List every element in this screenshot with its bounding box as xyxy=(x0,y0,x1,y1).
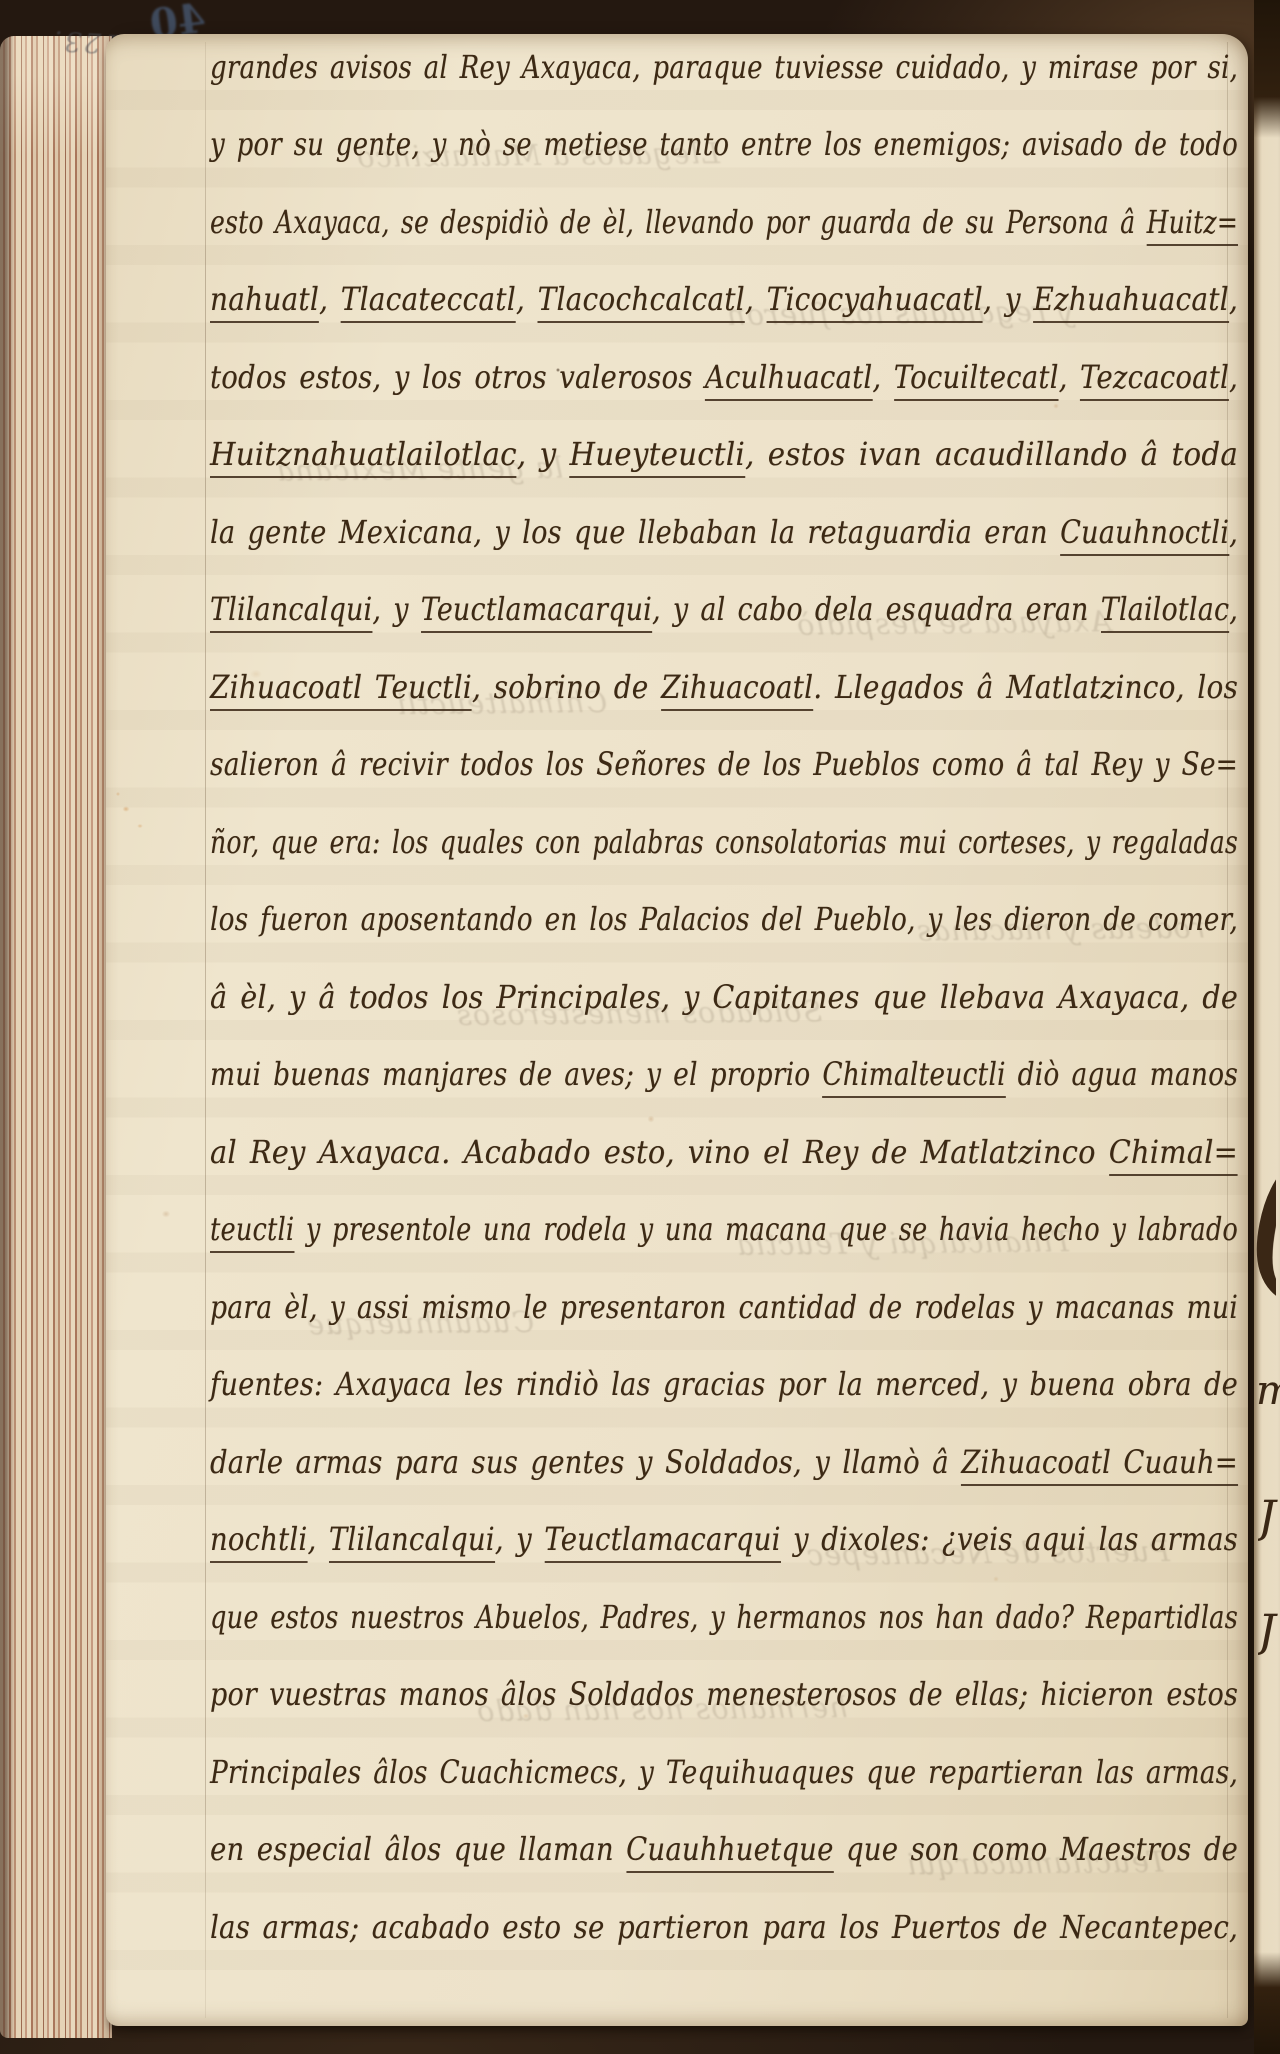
underlined-name: Tlilancalqui xyxy=(329,1520,495,1563)
manuscript-line: esto Axayaca, se despidiò de èl, llevand… xyxy=(210,183,1238,261)
manuscript-line: ñor, que era: los quales con palabras co… xyxy=(210,803,1238,881)
text-segment: en especial âlos que llaman xyxy=(210,1830,626,1868)
text-segment: al Rey Axayaca. Acabado esto, vino el Re… xyxy=(210,1133,1109,1171)
text-segment: y dixoles: ¿veis aqui las armas xyxy=(781,1520,1238,1558)
underlined-name: Ezhuahuacatl xyxy=(1033,280,1229,323)
text-segment: que estos nuestros Abuelos, Padres, y he… xyxy=(210,1598,1238,1636)
text-segment: las armas; acabado esto se partieron par… xyxy=(210,1908,1238,1946)
manuscript-line-text: al Rey Axayaca. Acabado esto, vino el Re… xyxy=(210,1133,1238,1171)
manuscript-line-text: todos estos, y los otros valerosos Aculh… xyxy=(210,358,1238,396)
underlined-name: Chimal= xyxy=(1109,1133,1238,1176)
text-segment: ñor, que era: los quales con palabras co… xyxy=(210,823,1238,861)
text-segment: diò agua manos xyxy=(1006,1055,1238,1093)
manuscript-line: Huitznahuatlailotlac, y Hueyteuctli, est… xyxy=(210,416,1238,494)
manuscript-line-text: salieron â recivir todos los Señores de … xyxy=(210,745,1238,783)
manuscript-page: Llegados â Matlatzincoy regaladas los fu… xyxy=(106,34,1248,2026)
manuscript-line-text: â èl, y â todos los Principales, y Capit… xyxy=(210,978,1238,1016)
manuscript-line: mui buenas manjares de aves; y el propri… xyxy=(210,1036,1238,1114)
text-segment: , xyxy=(1059,358,1080,396)
text-segment: , y xyxy=(517,435,570,473)
text-segment: para èl, y assi mismo le presentaron can… xyxy=(210,1288,1238,1326)
manuscript-line: en especial âlos que llaman Cuauhhuetque… xyxy=(210,1811,1238,1889)
underlined-name: Teuctlamacarqui xyxy=(544,1520,780,1563)
text-segment: , xyxy=(516,280,538,318)
underlined-name: Tlacochcalcatl xyxy=(538,280,745,323)
underlined-name: nahuatl xyxy=(210,280,319,323)
manuscript-line-text: Tlilancalqui, y Teuctlamacarqui, y al ca… xyxy=(210,590,1238,628)
text-segment: darle armas para sus gentes y Soldados, … xyxy=(210,1443,961,1481)
text-segment: , y xyxy=(495,1520,544,1558)
underlined-name: Tlailotlac xyxy=(1101,590,1230,633)
text-segment: fuentes: Axayaca les rindiò las gracias … xyxy=(210,1365,1238,1403)
facing-page-partial-glyph: J xyxy=(1258,1606,1280,1657)
text-segment: , xyxy=(1229,513,1238,551)
underlined-name: Cuauhnoctli xyxy=(1060,513,1229,556)
manuscript-line-text: ñor, que era: los quales con palabras co… xyxy=(210,823,1238,861)
manuscript-line: â èl, y â todos los Principales, y Capit… xyxy=(210,958,1238,1036)
text-segment: todos estos, y los otros valerosos xyxy=(210,358,705,396)
manuscript-line-text: Principales âlos Cuachicmecs, y Tequihua… xyxy=(210,1753,1238,1791)
manuscript-line-text: y por su gente, y nò se metiese tanto en… xyxy=(210,125,1238,163)
underlined-name: nochtli xyxy=(210,1520,307,1563)
text-block: grandes avisos al Rey Axayaca, paraque t… xyxy=(210,28,1238,1966)
text-segment: , xyxy=(1229,280,1238,318)
manuscript-line: nahuatl, Tlacateccatl, Tlacochcalcatl, T… xyxy=(210,261,1238,339)
text-segment: mui buenas manjares de aves; y el propri… xyxy=(210,1055,822,1093)
facing-page-partial-glyph: ( xyxy=(1246,1118,1276,1316)
manuscript-line-text: por vuestras manos âlos Soldados meneste… xyxy=(210,1675,1238,1713)
manuscript-line-text: teuctli y presentole una rodela y una ma… xyxy=(210,1210,1238,1248)
text-segment: , estos ivan acaudillando â toda xyxy=(745,435,1238,473)
text-segment: . Llegados â Matlatzinco, los xyxy=(813,668,1238,706)
manuscript-line: la gente Mexicana, y los que llebaban la… xyxy=(210,493,1238,571)
facing-page-edge: (mJJ xyxy=(1254,0,1280,2054)
text-segment: salieron â recivir todos los Señores de … xyxy=(210,745,1238,783)
manuscript-line-text: esto Axayaca, se despidiò de èl, llevand… xyxy=(210,203,1238,241)
text-segment: , xyxy=(307,1520,328,1558)
manuscript-line-text: grandes avisos al Rey Axayaca, paraque t… xyxy=(210,48,1238,86)
manuscript-line-text: en especial âlos que llaman Cuauhhuetque… xyxy=(210,1830,1238,1868)
text-segment: , xyxy=(872,358,893,396)
text-segment: los fueron aposentando en los Palacios d… xyxy=(210,900,1238,938)
underlined-name: Tlilancalqui xyxy=(210,590,372,633)
text-segment: que son como Maestros de xyxy=(834,1830,1238,1868)
text-segment: , y xyxy=(372,590,420,628)
facing-page-partial-glyph: J xyxy=(1258,1492,1280,1543)
underlined-name: teuctli xyxy=(210,1210,294,1253)
text-segment: , xyxy=(745,280,767,318)
underlined-name: Zihuacoatl Cuauh= xyxy=(961,1443,1238,1486)
manuscript-line-text: Huitznahuatlailotlac, y Hueyteuctli, est… xyxy=(210,435,1238,473)
underlined-name: Tocuiltecatl xyxy=(894,358,1059,401)
text-segment: , xyxy=(319,280,341,318)
text-segment: grandes avisos al Rey Axayaca, paraque t… xyxy=(210,48,1238,86)
manuscript-line-text: fuentes: Axayaca les rindiò las gracias … xyxy=(210,1365,1238,1403)
manuscript-line: Principales âlos Cuachicmecs, y Tequihua… xyxy=(210,1733,1238,1811)
manuscript-line: para èl, y assi mismo le presentaron can… xyxy=(210,1268,1238,1346)
text-segment: la gente Mexicana, y los que llebaban la… xyxy=(210,513,1060,551)
manuscript-line: los fueron aposentando en los Palacios d… xyxy=(210,881,1238,959)
text-segment: esto Axayaca, se despidiò de èl, llevand… xyxy=(210,203,1147,241)
manuscript-line: grandes avisos al Rey Axayaca, paraque t… xyxy=(210,28,1238,106)
manuscript-line-text: para èl, y assi mismo le presentaron can… xyxy=(210,1288,1238,1326)
text-segment: , y xyxy=(983,280,1033,318)
manuscript-line-text: los fueron aposentando en los Palacios d… xyxy=(210,900,1238,938)
manuscript-line: por vuestras manos âlos Soldados meneste… xyxy=(210,1656,1238,1734)
book-fore-edge-pages xyxy=(0,36,112,2038)
underlined-name: Cuauhhuetque xyxy=(626,1830,833,1873)
manuscript-photo: 123. 40 Llegados â Matlatzincoy regalada… xyxy=(0,0,1280,2054)
text-segment: , sobrino de xyxy=(472,668,661,706)
manuscript-line-text: mui buenas manjares de aves; y el propri… xyxy=(210,1055,1238,1093)
underlined-name: Aculhuacatl xyxy=(705,358,872,401)
manuscript-line-text: nahuatl, Tlacateccatl, Tlacochcalcatl, T… xyxy=(210,280,1238,318)
manuscript-line-text: que estos nuestros Abuelos, Padres, y he… xyxy=(210,1598,1238,1636)
manuscript-line: darle armas para sus gentes y Soldados, … xyxy=(210,1423,1238,1501)
underlined-name: Tezcacoatl xyxy=(1080,358,1229,401)
underlined-name: Huitz= xyxy=(1147,203,1238,246)
manuscript-line: y por su gente, y nò se metiese tanto en… xyxy=(210,106,1238,184)
text-segment: , xyxy=(1229,358,1238,396)
manuscript-line-text: nochtli, Tlilancalqui, y Teuctlamacarqui… xyxy=(210,1520,1238,1558)
manuscript-line: que estos nuestros Abuelos, Padres, y he… xyxy=(210,1578,1238,1656)
manuscript-line: Tlilancalqui, y Teuctlamacarqui, y al ca… xyxy=(210,571,1238,649)
underlined-name: Teuctlamacarqui xyxy=(421,590,652,633)
text-segment: Principales âlos Cuachicmecs, y Tequihua… xyxy=(210,1753,1238,1791)
underlined-name: Tlacateccatl xyxy=(341,280,516,323)
text-segment: , y al cabo dela esquadra eran xyxy=(652,590,1101,628)
manuscript-line: Zihuacoatl Teuctli, sobrino de Zihuacoat… xyxy=(210,648,1238,726)
text-segment: por vuestras manos âlos Soldados meneste… xyxy=(210,1675,1238,1713)
manuscript-line: fuentes: Axayaca les rindiò las gracias … xyxy=(210,1346,1238,1424)
underlined-name: Zihuacoatl xyxy=(661,668,813,711)
manuscript-line: las armas; acabado esto se partieron par… xyxy=(210,1888,1238,1966)
manuscript-line-text: las armas; acabado esto se partieron par… xyxy=(210,1908,1238,1946)
manuscript-line: al Rey Axayaca. Acabado esto, vino el Re… xyxy=(210,1113,1238,1191)
manuscript-line-text: darle armas para sus gentes y Soldados, … xyxy=(210,1443,1238,1481)
underlined-name: Ticocyahuacatl xyxy=(767,280,983,323)
text-segment: , xyxy=(1229,590,1238,628)
underlined-name: Zihuacoatl Teuctli xyxy=(210,668,472,711)
facing-page-partial-glyph: m xyxy=(1256,1368,1280,1414)
manuscript-line: nochtli, Tlilancalqui, y Teuctlamacarqui… xyxy=(210,1501,1238,1579)
left-margin-rule xyxy=(205,42,206,2018)
text-segment: y por su gente, y nò se metiese tanto en… xyxy=(210,125,1238,163)
manuscript-line: teuctli y presentole una rodela y una ma… xyxy=(210,1191,1238,1269)
underlined-name: Chimalteuctli xyxy=(822,1055,1005,1098)
manuscript-line: salieron â recivir todos los Señores de … xyxy=(210,726,1238,804)
manuscript-line: todos estos, y los otros valerosos Aculh… xyxy=(210,338,1238,416)
underlined-name: Huitznahuatlailotlac xyxy=(210,435,517,478)
text-segment: â èl, y â todos los Principales, y Capit… xyxy=(210,978,1238,1016)
manuscript-line-text: Zihuacoatl Teuctli, sobrino de Zihuacoat… xyxy=(210,668,1238,706)
text-segment: y presentole una rodela y una macana que… xyxy=(294,1210,1238,1248)
manuscript-line-text: la gente Mexicana, y los que llebaban la… xyxy=(210,513,1238,551)
underlined-name: Hueyteuctli xyxy=(569,435,745,478)
